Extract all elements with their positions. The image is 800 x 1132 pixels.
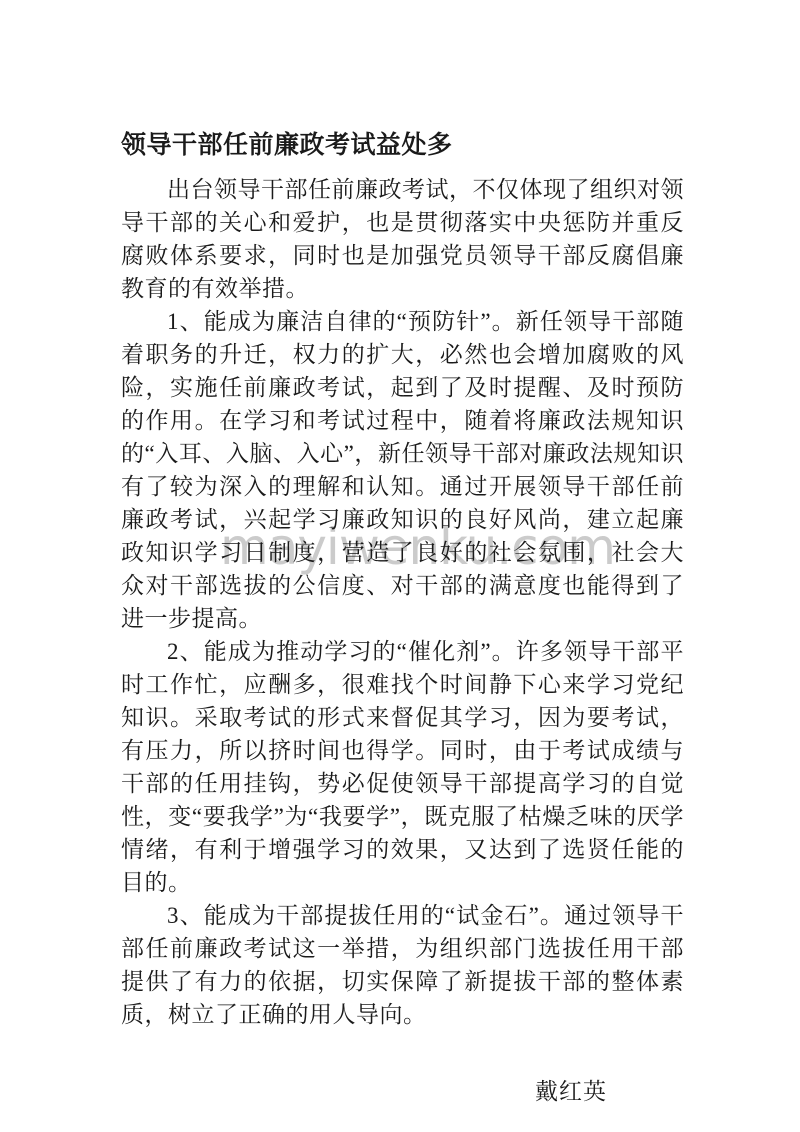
document-content: 领导干部任前廉政考试益处多 出台领导干部任前廉政考试，不仅体现了组织对领导干部的…: [121, 130, 684, 1108]
paragraph-point-3: 3、能成为干部提拔任用的“试金石”。通过领导干部任前廉政考试这一举措，为组织部门…: [121, 899, 684, 1031]
document-page: mayiwenku.com 领导干部任前廉政考试益处多 出台领导干部任前廉政考试…: [0, 0, 800, 1132]
paragraph-intro: 出台领导干部任前廉政考试，不仅体现了组织对领导干部的关心和爱护，也是贯彻落实中央…: [121, 173, 684, 305]
author-signature: 戴红英: [121, 1075, 684, 1108]
paragraph-point-2: 2、能成为推动学习的“催化剂”。许多领导干部平时工作忙，应酬多，很难找个时间静下…: [121, 635, 684, 899]
document-title: 领导干部任前廉政考试益处多: [121, 130, 684, 162]
paragraph-point-1: 1、能成为廉洁自律的“预防针”。新任领导干部随着职务的升迁，权力的扩大，必然也会…: [121, 305, 684, 635]
